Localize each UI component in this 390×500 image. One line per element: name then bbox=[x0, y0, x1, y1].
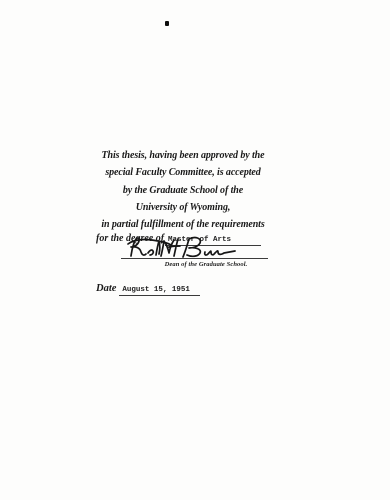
statement-line: by the Graduate School of the bbox=[40, 182, 326, 199]
dean-signature-handwriting bbox=[126, 236, 238, 259]
date-value: August 15, 1951 bbox=[119, 286, 200, 296]
statement-line: This thesis, having been approved by the bbox=[40, 147, 326, 164]
signature-caption: Dean of the Graduate School. bbox=[150, 261, 262, 268]
statement-line: University of Wyoming, bbox=[40, 199, 326, 216]
thesis-approval-page: This thesis, having been approved by the… bbox=[0, 0, 390, 500]
ink-dot-mark bbox=[165, 21, 169, 26]
statement-line: special Faculty Committee, is accepted bbox=[40, 164, 326, 181]
date-label: Date bbox=[96, 283, 116, 294]
approval-statement: This thesis, having been approved by the… bbox=[40, 147, 326, 233]
statement-line: in partial fulfillment of the requiremen… bbox=[40, 216, 326, 233]
signature-line bbox=[121, 258, 268, 259]
date-line: DateAugust 15, 1951 bbox=[96, 283, 200, 296]
